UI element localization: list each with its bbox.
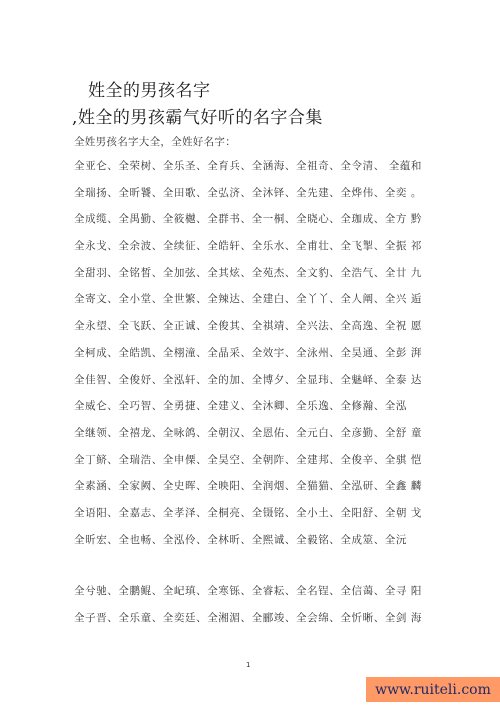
list-item: 全素涵、全家阙、全史晖、全映阳、全润烟、全猫猫、全泓研、全鑫 麟 xyxy=(74,478,444,505)
list-item: 全柯成、全皓凯、全栩潼、全晶采、全效宇、全泳州、全昊通、全彭 湃 xyxy=(74,345,444,372)
list-item: 全昕宏、全也畅、全泓伶、全林昕、全熙诚、全毅铭、全成筮、全沅 xyxy=(74,532,444,559)
document-page: 姓全的男孩名字 ,姓全的男孩霸气好听的名字合集 全姓男孩名字大全，全姓好名字： … xyxy=(0,0,500,708)
name-list-continued: 全兮驰、全鹏鲲、全屺瑱、全寒铄、全睿耘、全名锃、全信蔼、全寻 阳 全子晋、全乐童… xyxy=(74,583,444,636)
list-item: 全瑞扬、全昕饕、全田歌、全弘济、全沐铎、全先建、全烨伟、全奕 。 xyxy=(74,185,444,212)
page-title: 姓全的男孩名字 xyxy=(88,76,211,101)
list-item: 全亚仑、全荣树、全乐圣、全育兵、全涵海、全祖奇、全令清、 全蕴和 xyxy=(74,158,444,185)
list-item: 全永望、全飞跃、全正诚、全俊其、全祺靖、全兴法、全高逸、全祝 愿 xyxy=(74,318,444,345)
watermark-text: www.ruiteli.com xyxy=(375,682,491,698)
list-item: 全佳智、全俊妤、全泓轩、全的加、全博夕、全显玮、全魅峄、全泰 达 xyxy=(74,372,444,399)
page-number: 1 xyxy=(246,661,250,669)
list-item: 全成缆、全禺勤、全筱樾、全群书、全一桐、全晓心、全珈成、全方 黔 xyxy=(74,211,444,238)
list-item: 全子晋、全乐童、全奕廷、全湘湄、全郦竣、全会绵、全忻晰、全剑 海 xyxy=(74,610,444,637)
page-subtitle: ,姓全的男孩霸气好听的名字合集 xyxy=(72,103,323,128)
list-item: 全永戈、全余波、全续征、全皓轩、全乐水、全甫壮、全飞掣、全振 祁 xyxy=(74,238,444,265)
list-item: 全继领、全禧龙、全咏鸽、全朝汉、全恩佑、全元白、全彦勤、全舒 童 xyxy=(74,425,444,452)
list-item: 全兮驰、全鹏鲲、全屺瑱、全寒铄、全睿耘、全名锃、全信蔼、全寻 阳 xyxy=(74,583,444,610)
list-item: 全威仑、全巧智、全勇捷、全建义、全沐卿、全乐逸、全修瀚、全泓 xyxy=(74,398,444,425)
list-item: 全语阳、全嘉志、全孝泽、全桐亮、全镊铭、全小土、全阳舒、全朝 戈 xyxy=(74,505,444,532)
list-item: 全甜羽、全铭皙、全加弦、全其炫、全苑杰、全文豹、全浩气、全廿 九 xyxy=(74,265,444,292)
intro-text: 全姓男孩名字大全，全姓好名字： xyxy=(74,134,236,149)
list-item: 全寄文、全小堂、全世繁、全辣达、全建白、全丫丫、全人阐、全兴 逅 xyxy=(74,291,444,318)
watermark-banner: www.ruiteli.com xyxy=(366,677,500,702)
name-list: 全亚仑、全荣树、全乐圣、全育兵、全涵海、全祖奇、全令清、 全蕴和 全瑞扬、全昕饕… xyxy=(74,158,444,558)
list-item: 全丁鲚、全瑞浩、全申傈、全昊空、全朝阼、全建邦、全俊辛、全骐 恺 xyxy=(74,452,444,479)
